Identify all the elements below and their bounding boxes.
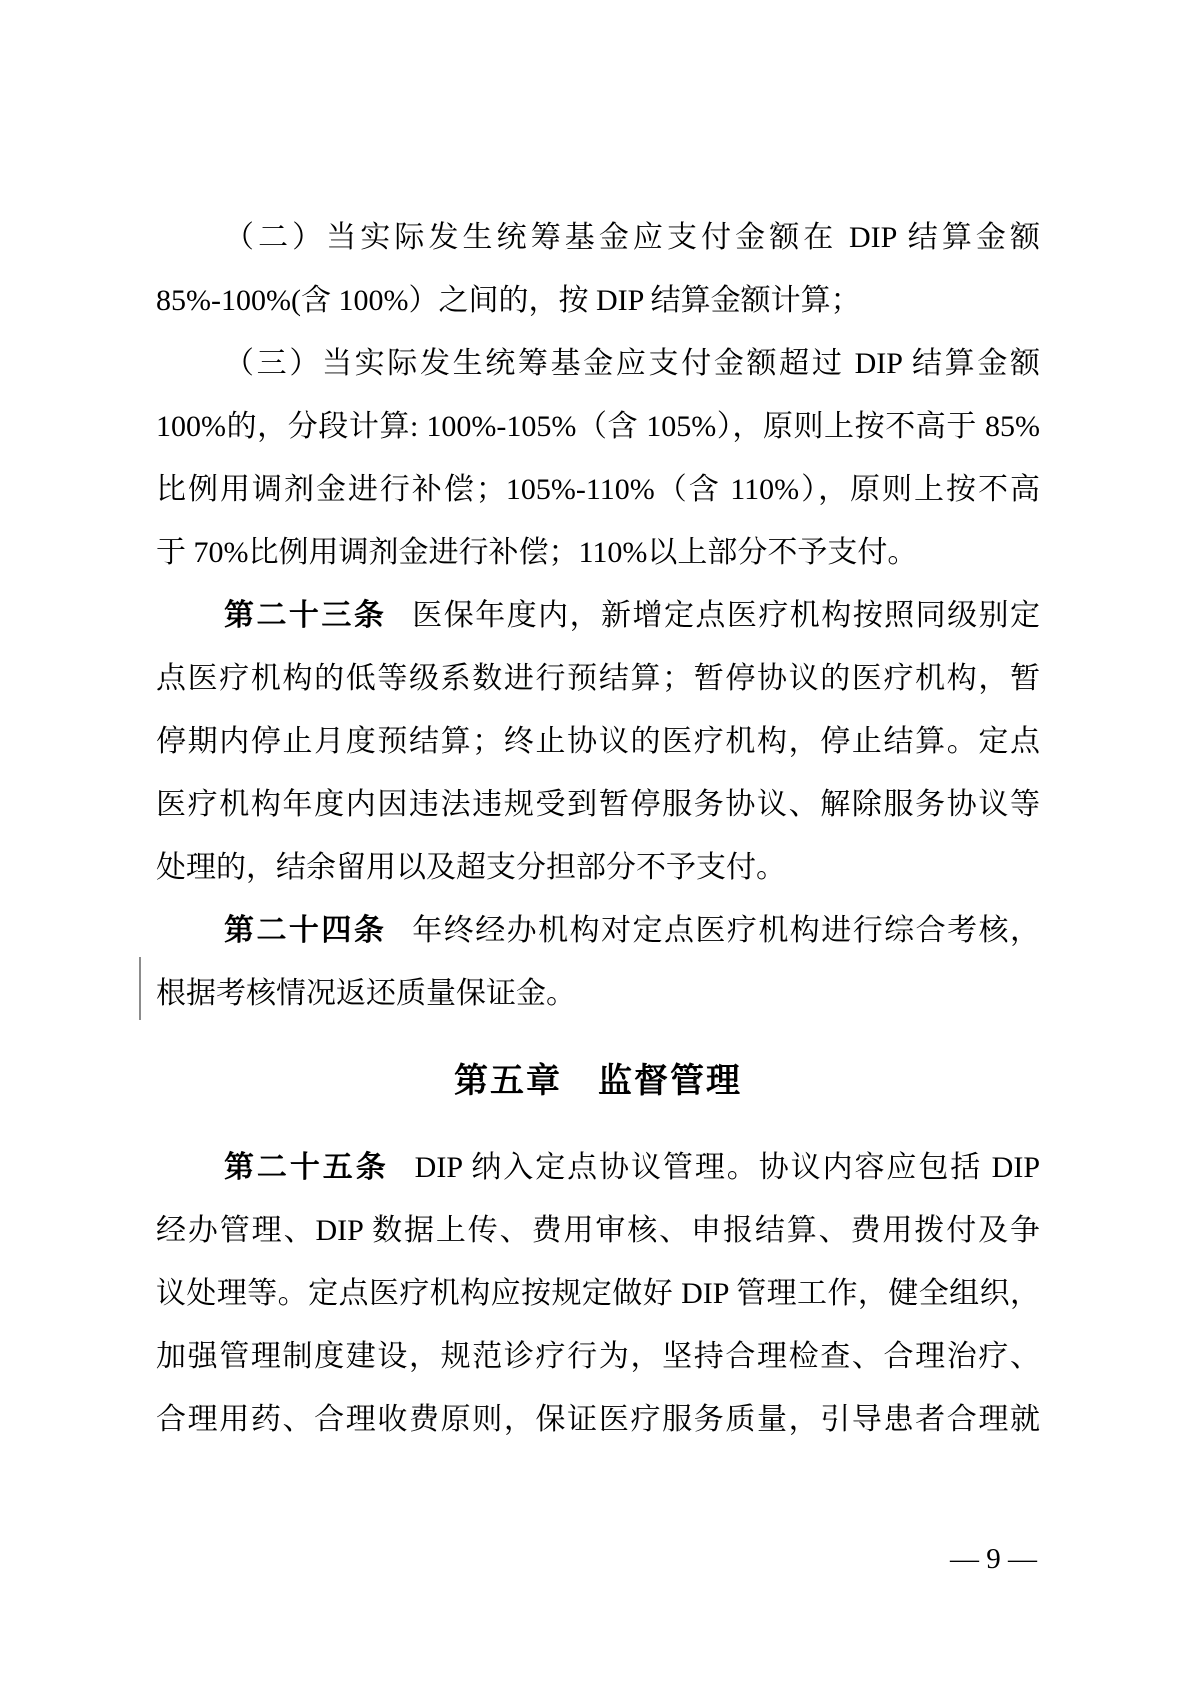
line-text: 比例用调剂金进行补偿；105%-110%（含 110%），原则上按不高 [156,473,1040,506]
line-text: 经办管理、DIP 数据上传、费用审核、申报结算、费用拨付及争 [156,1214,1040,1247]
text-line: （三）当实际发生统筹基金应支付金额超过 DIP 结算金额 [156,332,1040,395]
text-line: 比例用调剂金进行补偿；105%-110%（含 110%），原则上按不高 [156,458,1040,521]
line-text: （二）当实际发生统筹基金应支付金额在 DIP 结算金额 [224,221,1040,254]
line-text: 医保年度内，新增定点医疗机构按照同级别定 [412,599,1040,632]
line-text: 加强管理制度建设，规范诊疗行为，坚持合理检查、合理治疗、 [156,1340,1040,1373]
text-line: 停期内停止月度预结算；终止协议的医疗机构，停止结算。定点 [156,710,1040,773]
text-line: 85%-100%(含 100%）之间的，按 DIP 结算金额计算； [156,269,1040,332]
text-line: 议处理等。定点医疗机构应按规定做好 DIP 管理工作，健全组织， [156,1262,1040,1325]
document-body: （二）当实际发生统筹基金应支付金额在 DIP 结算金额 85%-100%(含 1… [156,206,1040,1451]
line-text: 议处理等。定点医疗机构应按规定做好 DIP 管理工作，健全组织， [156,1277,1040,1310]
line-text: 根据考核情况返还质量保证金。 [156,977,576,1010]
article-number: 第二十三条 [224,599,386,632]
line-text: DIP 纳入定点协议管理。协议内容应包括 DIP [415,1151,1040,1184]
line-text: 于 70%比例用调剂金进行补偿；110%以上部分不予支付。 [156,536,917,569]
line-text: 医疗机构年度内因违法违规受到暂停服务协议、解除服务协议等 [156,788,1040,821]
text-line: （二）当实际发生统筹基金应支付金额在 DIP 结算金额 [156,206,1040,269]
line-text: 停期内停止月度预结算；终止协议的医疗机构，停止结算。定点 [156,725,1040,758]
line-text: （三）当实际发生统筹基金应支付金额超过 DIP 结算金额 [224,347,1040,380]
text-line: 第二十五条DIP 纳入定点协议管理。协议内容应包括 DIP [156,1136,1040,1199]
text-line: 第二十四条年终经办机构对定点医疗机构进行综合考核， [156,899,1040,962]
line-text: 处理的，结余留用以及超支分担部分不予支付。 [156,851,786,884]
article-number: 第二十四条 [224,914,386,947]
text-line: 根据考核情况返还质量保证金。 [156,962,1040,1025]
chapter-heading: 第五章 监督管理 [156,1050,1040,1113]
text-line: 加强管理制度建设，规范诊疗行为，坚持合理检查、合理治疗、 [156,1325,1040,1388]
line-text: 合理用药、合理收费原则，保证医疗服务质量，引导患者合理就 [156,1403,1040,1436]
margin-revision-bar [139,957,141,1020]
line-text: 100%的，分段计算: 100%-105%（含 105%），原则上按不高于 85… [156,410,1040,443]
text-line: 100%的，分段计算: 100%-105%（含 105%），原则上按不高于 85… [156,395,1040,458]
article-number: 第二十五条 [224,1151,389,1184]
text-line: 医疗机构年度内因违法违规受到暂停服务协议、解除服务协议等 [156,773,1040,836]
line-text: 点医疗机构的低等级系数进行预结算；暂停协议的医疗机构，暂 [156,662,1040,695]
text-line: 第二十三条医保年度内，新增定点医疗机构按照同级别定 [156,584,1040,647]
text-line: 经办管理、DIP 数据上传、费用审核、申报结算、费用拨付及争 [156,1199,1040,1262]
document-page: （二）当实际发生统筹基金应支付金额在 DIP 结算金额 85%-100%(含 1… [0,0,1190,1683]
text-line: 点医疗机构的低等级系数进行预结算；暂停协议的医疗机构，暂 [156,647,1040,710]
line-text: 年终经办机构对定点医疗机构进行综合考核， [412,914,1040,947]
text-line: 合理用药、合理收费原则，保证医疗服务质量，引导患者合理就 [156,1388,1040,1451]
text-line: 于 70%比例用调剂金进行补偿；110%以上部分不予支付。 [156,521,1040,584]
page-number: — 9 — [950,1528,1037,1591]
line-text: 85%-100%(含 100%）之间的，按 DIP 结算金额计算； [156,284,861,317]
text-line: 处理的，结余留用以及超支分担部分不予支付。 [156,836,1040,899]
